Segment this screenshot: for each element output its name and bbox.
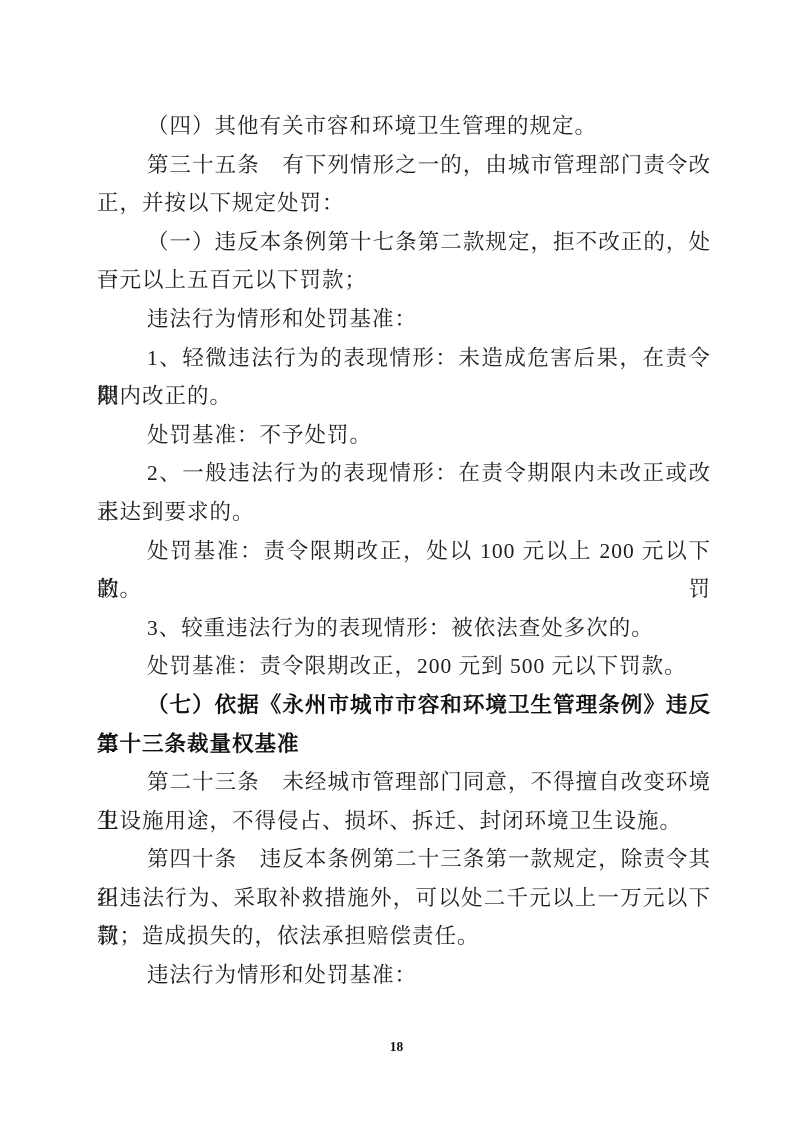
text-line: 2、一般违法行为的表现情形：在责令期限内未改正或改正 xyxy=(97,454,711,493)
text-line: 处罚基准：责令限期改正，处以 100 元以上 200 元以下的罚 xyxy=(97,532,711,571)
heading-line: （七）依据《永州市城市市容和环境卫生管理条例》违反第 xyxy=(97,686,711,725)
text-line: 违法行为情形和处罚基准： xyxy=(97,956,711,995)
text-line: 正违法行为、采取补救措施外，可以处二千元以上一万元以下罚 xyxy=(97,879,711,918)
document-body: （四）其他有关市容和环境卫生管理的规定。第三十五条 有下列情形之一的，由城市管理… xyxy=(97,107,711,995)
page-number: 18 xyxy=(0,1036,793,1058)
text-line: 第四十条 违反本条例第二十三条第一款规定，除责令其纠 xyxy=(97,840,711,879)
text-line: 处罚基准：责令限期改正，200 元到 500 元以下罚款。 xyxy=(97,647,711,686)
document-page: （四）其他有关市容和环境卫生管理的规定。第三十五条 有下列情形之一的，由城市管理… xyxy=(0,0,793,1122)
heading-line: 二十三条裁量权基准 xyxy=(97,725,711,764)
text-line: 3、较重违法行为的表现情形：被依法查处多次的。 xyxy=(97,609,711,648)
text-line: （四）其他有关市容和环境卫生管理的规定。 xyxy=(97,107,711,146)
text-line: 百元以上五百元以下罚款； xyxy=(97,261,711,300)
text-line: 第三十五条 有下列情形之一的，由城市管理部门责令改 xyxy=(97,146,711,185)
text-line: 限内改正的。 xyxy=(97,377,711,416)
text-line: 处罚基准：不予处罚。 xyxy=(97,416,711,455)
text-line: 款；造成损失的，依法承担赔偿责任。 xyxy=(97,917,711,956)
text-line: 生设施用途，不得侵占、损坏、拆迁、封闭环境卫生设施。 xyxy=(97,802,711,841)
text-line: 未达到要求的。 xyxy=(97,493,711,532)
text-line: 第二十三条 未经城市管理部门同意，不得擅自改变环境卫 xyxy=(97,763,711,802)
text-line: 1、轻微违法行为的表现情形：未造成危害后果，在责令期 xyxy=(97,339,711,378)
text-line: 正，并按以下规定处罚： xyxy=(97,184,711,223)
text-line: 违法行为情形和处罚基准： xyxy=(97,300,711,339)
text-line: （一）违反本条例第十七条第二款规定，拒不改正的，处一 xyxy=(97,223,711,262)
